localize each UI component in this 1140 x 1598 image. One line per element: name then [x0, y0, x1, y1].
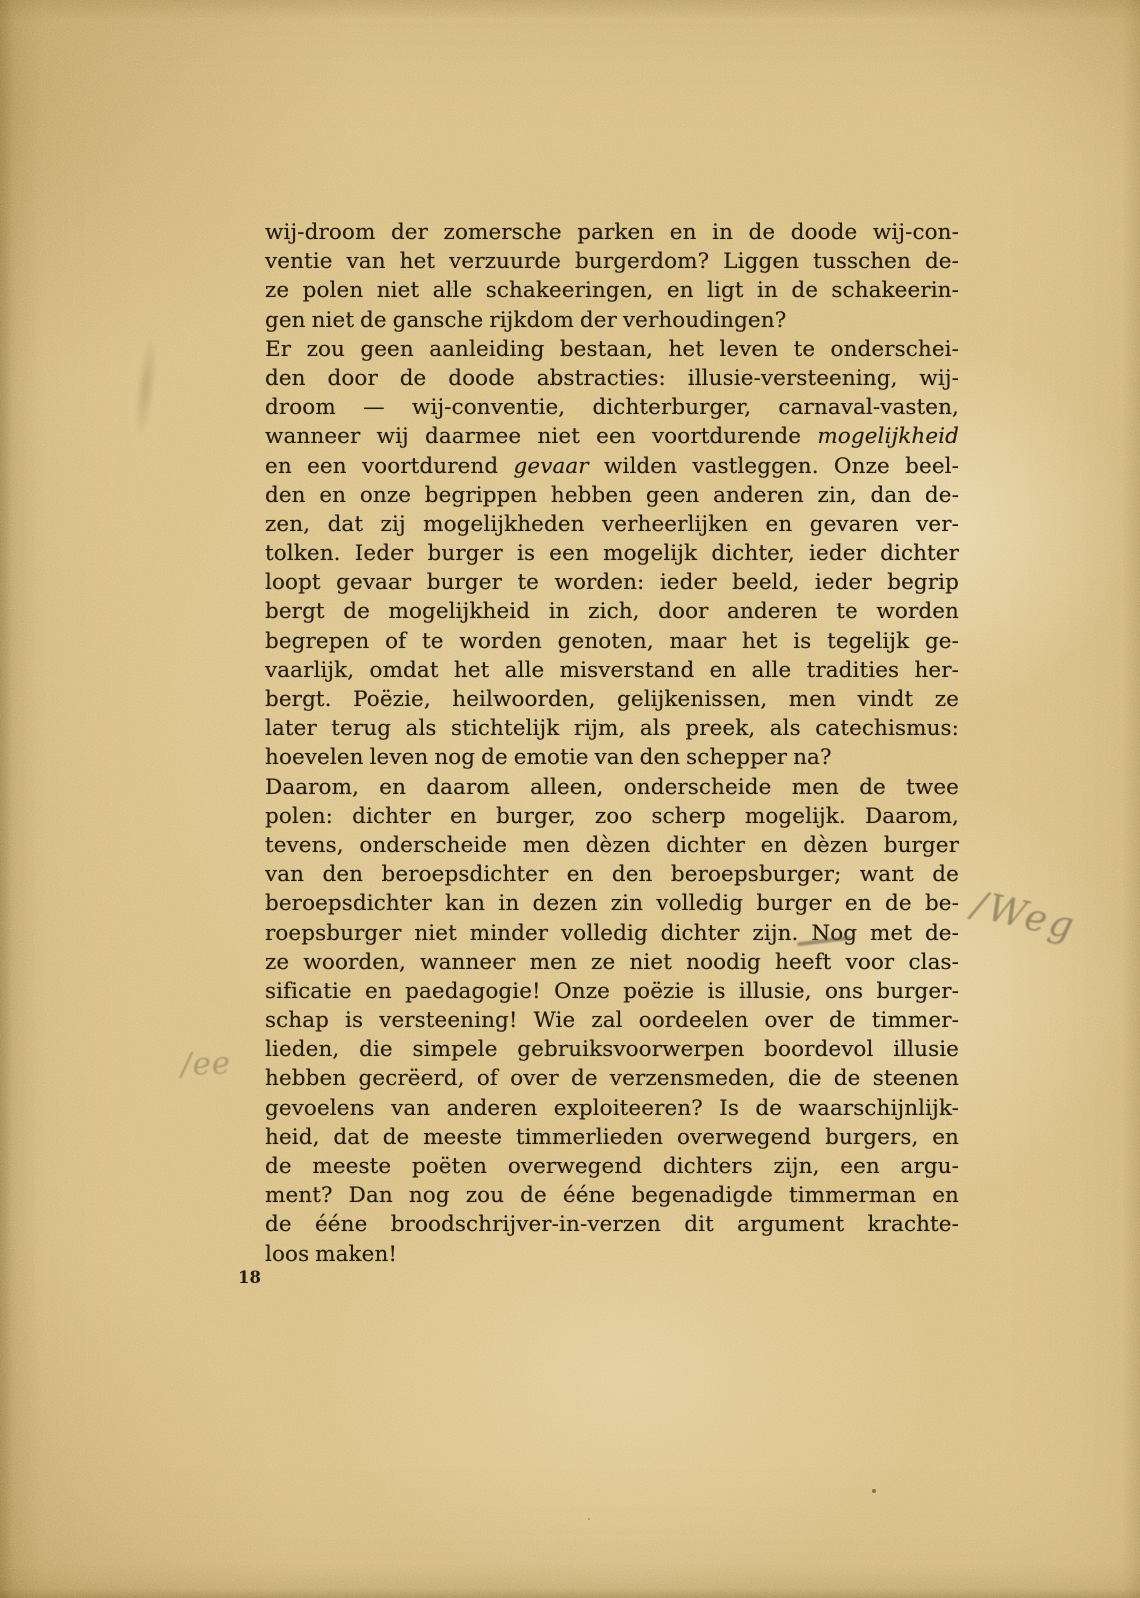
text-line: roepsburger niet minder volledig dichter…: [265, 919, 959, 948]
text-line: wij-droom der zomersche parken en in de …: [265, 218, 959, 247]
text-line: Daarom, en daarom alleen, onderscheide m…: [265, 773, 959, 802]
text-line: ventie van het verzuurde burgerdom? Ligg…: [265, 247, 959, 276]
text-line: polen: dichter en burger, zoo scherp mog…: [265, 802, 959, 831]
pencil-annotation-left: /ee: [180, 1045, 231, 1083]
text-line: den door de doode abstracties: illusie-v…: [265, 364, 959, 393]
text-line: ment? Dan nog zou de ééne begenadigde ti…: [265, 1181, 959, 1210]
paper-speck: [872, 1489, 876, 1493]
text-line: vaarlijk, omdat het alle misverstand en …: [265, 656, 959, 685]
text-line: de ééne broodschrijver-in-verzen dit arg…: [265, 1210, 959, 1239]
text-line: loopt gevaar burger te worden: ieder bee…: [265, 568, 959, 597]
text-line: tolken. Ieder burger is een mogelijk dic…: [265, 539, 959, 568]
text-line: begrepen of te worden genoten, maar het …: [265, 627, 959, 656]
paper-crease: [123, 311, 169, 463]
text-line: hoevelen leven nog de emotie van den sch…: [265, 743, 959, 772]
text-line: Er zou geen aanleiding bestaan, het leve…: [265, 335, 959, 364]
text-line: sificatie en paedagogie! Onze poëzie is …: [265, 977, 959, 1006]
text-line: gen niet de gansche rijkdom der verhoudi…: [265, 306, 959, 335]
paper-speck: [588, 1518, 590, 1520]
text-line: tevens, onderscheide men dèzen dichter e…: [265, 831, 959, 860]
text-line: gevoelens van anderen exploiteeren? Is d…: [265, 1094, 959, 1123]
text-line: later terug als stichtelijk rijm, als pr…: [265, 714, 959, 743]
text-line: droom — wij-conventie, dichterburger, ca…: [265, 393, 959, 422]
pencil-annotation-right: /Weg: [969, 883, 1081, 949]
text-line: wanneer wij daarmee niet een voortdurend…: [265, 422, 959, 451]
text-line: lieden, die simpele gebruiksvoorwerpen b…: [265, 1035, 959, 1064]
text-line: en een voortdurend gevaar wilden vastleg…: [265, 452, 959, 481]
book-page: wij-droom der zomersche parken en in de …: [0, 0, 1140, 1598]
page-number: 18: [238, 1268, 261, 1287]
text-line: beroepsdichter kan in dezen zin volledig…: [265, 889, 959, 918]
text-block: wij-droom der zomersche parken en in de …: [265, 218, 959, 1269]
text-line: ze polen niet alle schakeeringen, en lig…: [265, 276, 959, 305]
text-line: loos maken!: [265, 1240, 959, 1269]
text-line: heid, dat de meeste timmerlieden overweg…: [265, 1123, 959, 1152]
text-line: schap is versteening! Wie zal oordeelen …: [265, 1006, 959, 1035]
text-line: zen, dat zij mogelijkheden verheerlijken…: [265, 510, 959, 539]
text-line: hebben gecrëerd, of over de verzensmeden…: [265, 1064, 959, 1093]
text-line: bergt. Poëzie, heilwoorden, gelijkenisse…: [265, 685, 959, 714]
text-line: bergt de mogelijkheid in zich, door ande…: [265, 597, 959, 626]
text-line: van den beroepsdichter en den beroepsbur…: [265, 860, 959, 889]
text-line: de meeste poëten overwegend dichters zij…: [265, 1152, 959, 1181]
text-line: ze woorden, wanneer men ze niet noodig h…: [265, 948, 959, 977]
text-line: den en onze begrippen hebben geen andere…: [265, 481, 959, 510]
